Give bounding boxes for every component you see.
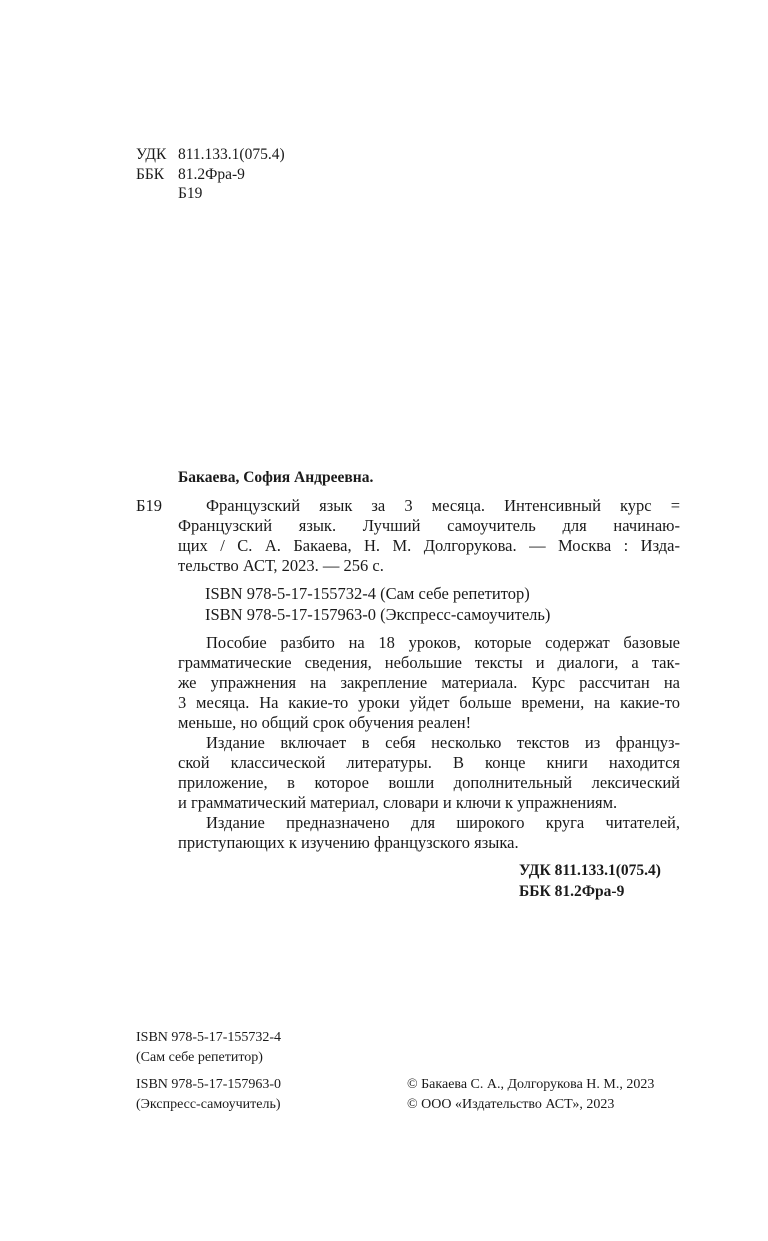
- copyright-authors: © Бакаева С. А., Долгорукова Н. М., 2023: [407, 1075, 654, 1095]
- entry-line: Французский язык. Лучший самоучитель для…: [178, 516, 680, 536]
- footer-isbn-1: ISBN 978-5-17-155732-4: [136, 1028, 281, 1048]
- annotation: Пособие разбито на 18 уроков, которые со…: [178, 633, 680, 853]
- entry-line: щих / С. А. Бакаева, Н. М. Долгорукова. …: [178, 536, 680, 556]
- footer-series-1: (Сам себе репетитор): [136, 1048, 281, 1068]
- bottom-classification-block: УДК 811.133.1(075.4) ББК 81.2Фра-9: [519, 860, 661, 902]
- annotation-paragraph-2: Издание включает в себя несколько тексто…: [178, 733, 680, 813]
- isbn-line: ISBN 978-5-17-155732-4 (Сам себе репетит…: [205, 583, 550, 604]
- bbk-label: ББК: [136, 165, 178, 185]
- annotation-line: Пособие разбито на 18 уроков, которые со…: [178, 633, 680, 653]
- annotation-line: 3 месяца. На какие-то уроки уйдет больше…: [178, 693, 680, 713]
- cutter-row: Б19: [136, 184, 285, 204]
- entry-line: Французский язык за 3 месяца. Интенсивны…: [178, 496, 680, 516]
- copyright-publisher: © ООО «Издательство АСТ», 2023: [407, 1095, 654, 1115]
- footer-isbn-1-block: ISBN 978-5-17-155732-4 (Сам себе репетит…: [136, 1028, 281, 1068]
- footer-series-2: (Экспресс-самоучитель): [136, 1095, 281, 1115]
- udk-row: УДК 811.133.1(075.4): [136, 145, 285, 165]
- bibliographic-entry: Французский язык за 3 месяца. Интенсивны…: [178, 496, 680, 576]
- entry-isbn-list: ISBN 978-5-17-155732-4 (Сам себе репетит…: [205, 583, 550, 625]
- footer-isbn-2: ISBN 978-5-17-157963-0: [136, 1075, 281, 1095]
- annotation-line: грамматические сведения, небольшие текст…: [178, 653, 680, 673]
- annotation-line: Издание включает в себя несколько тексто…: [178, 733, 680, 753]
- annotation-line: приступающих к изучению французского язы…: [178, 833, 680, 853]
- bbk-row: ББК 81.2Фра-9: [136, 165, 285, 185]
- annotation-paragraph-1: Пособие разбито на 18 уроков, которые со…: [178, 633, 680, 733]
- entry-line: тельство АСТ, 2023. — 256 с.: [178, 556, 680, 576]
- annotation-paragraph-3: Издание предназначено для широкого круга…: [178, 813, 680, 853]
- isbn-line: ISBN 978-5-17-157963-0 (Экспресс-самоучи…: [205, 604, 550, 625]
- annotation-line: меньше, но общий срок обучения реален!: [178, 713, 680, 733]
- top-classification-block: УДК 811.133.1(075.4) ББК 81.2Фра-9 Б19: [136, 145, 285, 204]
- annotation-line: же упражнения на закрепление материала. …: [178, 673, 680, 693]
- annotation-line: ской классической литературы. В конце кн…: [178, 753, 680, 773]
- entry-cutter-code: Б19: [136, 496, 162, 516]
- annotation-line: и грамматический материал, словари и клю…: [178, 793, 680, 813]
- footer-isbn-2-block: ISBN 978-5-17-157963-0 (Экспресс-самоучи…: [136, 1075, 281, 1115]
- cutter-code: Б19: [178, 184, 202, 204]
- annotation-line: Издание предназначено для широкого круга…: [178, 813, 680, 833]
- udk-value: 811.133.1(075.4): [178, 145, 285, 165]
- author-heading: Бакаева, София Андреевна.: [178, 469, 373, 487]
- copyright-block: © Бакаева С. А., Долгорукова Н. М., 2023…: [407, 1075, 654, 1115]
- annotation-line: приложение, в которое вошли дополнительн…: [178, 773, 680, 793]
- udk-label: УДК: [136, 145, 178, 165]
- bbk-value: 81.2Фра-9: [178, 165, 245, 185]
- bbk-bold: ББК 81.2Фра-9: [519, 881, 661, 902]
- udk-bold: УДК 811.133.1(075.4): [519, 860, 661, 881]
